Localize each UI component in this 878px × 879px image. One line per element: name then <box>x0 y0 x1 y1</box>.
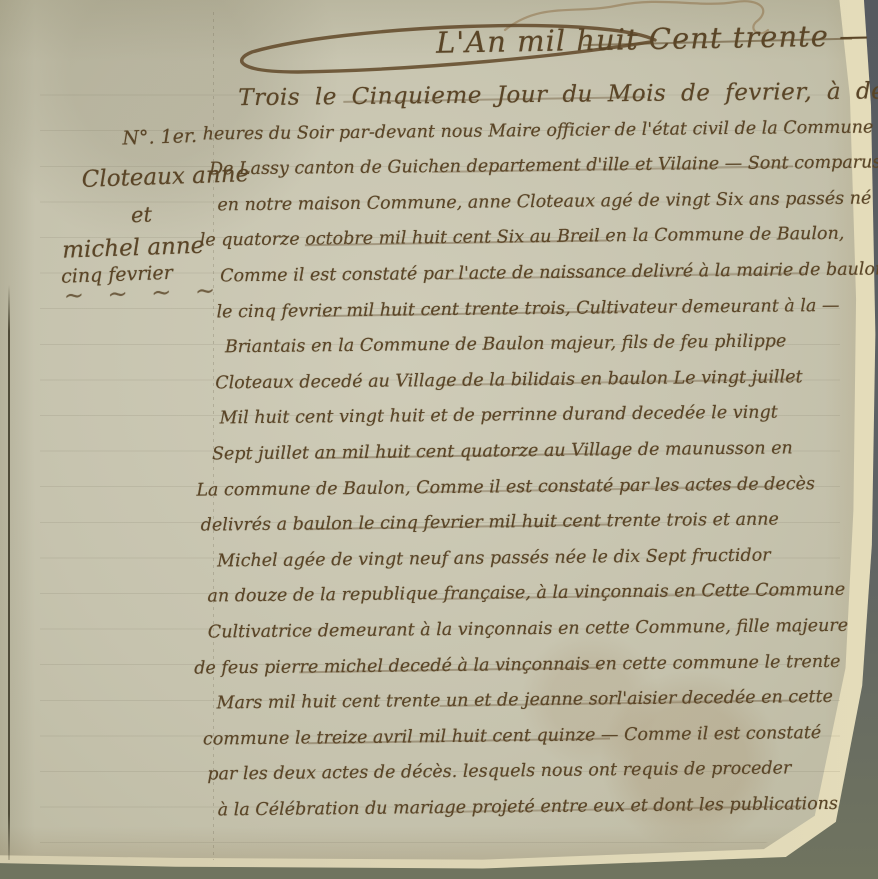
margin-name-bride: michel anne <box>62 233 205 264</box>
page-gutter-line <box>8 285 10 860</box>
act-number: N°. 1er. <box>122 125 197 150</box>
act-body-text: Trois le Cinquieme Jour du Mois de fevri… <box>208 75 872 829</box>
scanned-register-page: L'An mil huit Cent trente — N°. 1er. Clo… <box>0 0 878 879</box>
manuscript-line: à la Célébration du mariage projeté entr… <box>218 786 874 828</box>
margin-conjunction: et <box>131 203 153 228</box>
margin-flourish: ~ ~ ~ ~ <box>63 276 223 310</box>
